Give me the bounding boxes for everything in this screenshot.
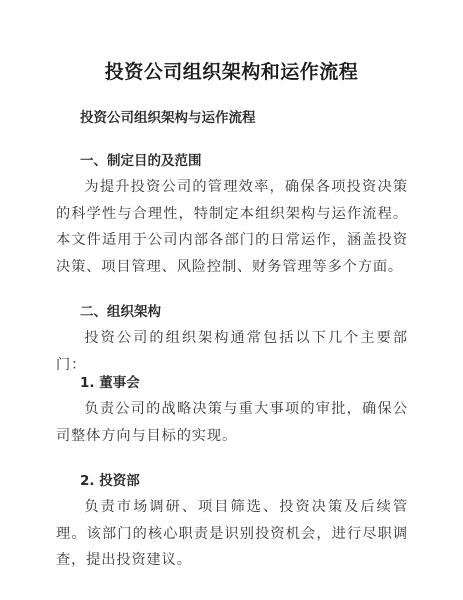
section-paragraph-purpose: 为提升投资公司的管理效率，确保各项投资决策的科学性与合理性，特制定本组织架构与运… — [56, 174, 408, 280]
section-paragraph-structure: 投资公司的组织架构通常包括以下几个主要部门： — [56, 325, 408, 378]
department-paragraph-board: 负责公司的战略决策与重大事项的审批，确保公司整体方向与目标的实现。 — [56, 396, 408, 449]
document-title: 投资公司组织架构和运作流程 — [0, 60, 463, 84]
section-heading-structure: 二、组织架构 — [80, 303, 161, 321]
department-heading-investment: 2. 投资部 — [80, 472, 140, 490]
document-subtitle: 投资公司组织架构与运作流程 — [80, 109, 256, 127]
department-paragraph-investment: 负责市场调研、项目筛选、投资决策及后续管理。该部门的核心职责是识别投资机会，进行… — [56, 494, 408, 574]
section-heading-purpose: 一、制定目的及范围 — [80, 152, 202, 170]
department-heading-board: 1. 董事会 — [80, 374, 140, 392]
